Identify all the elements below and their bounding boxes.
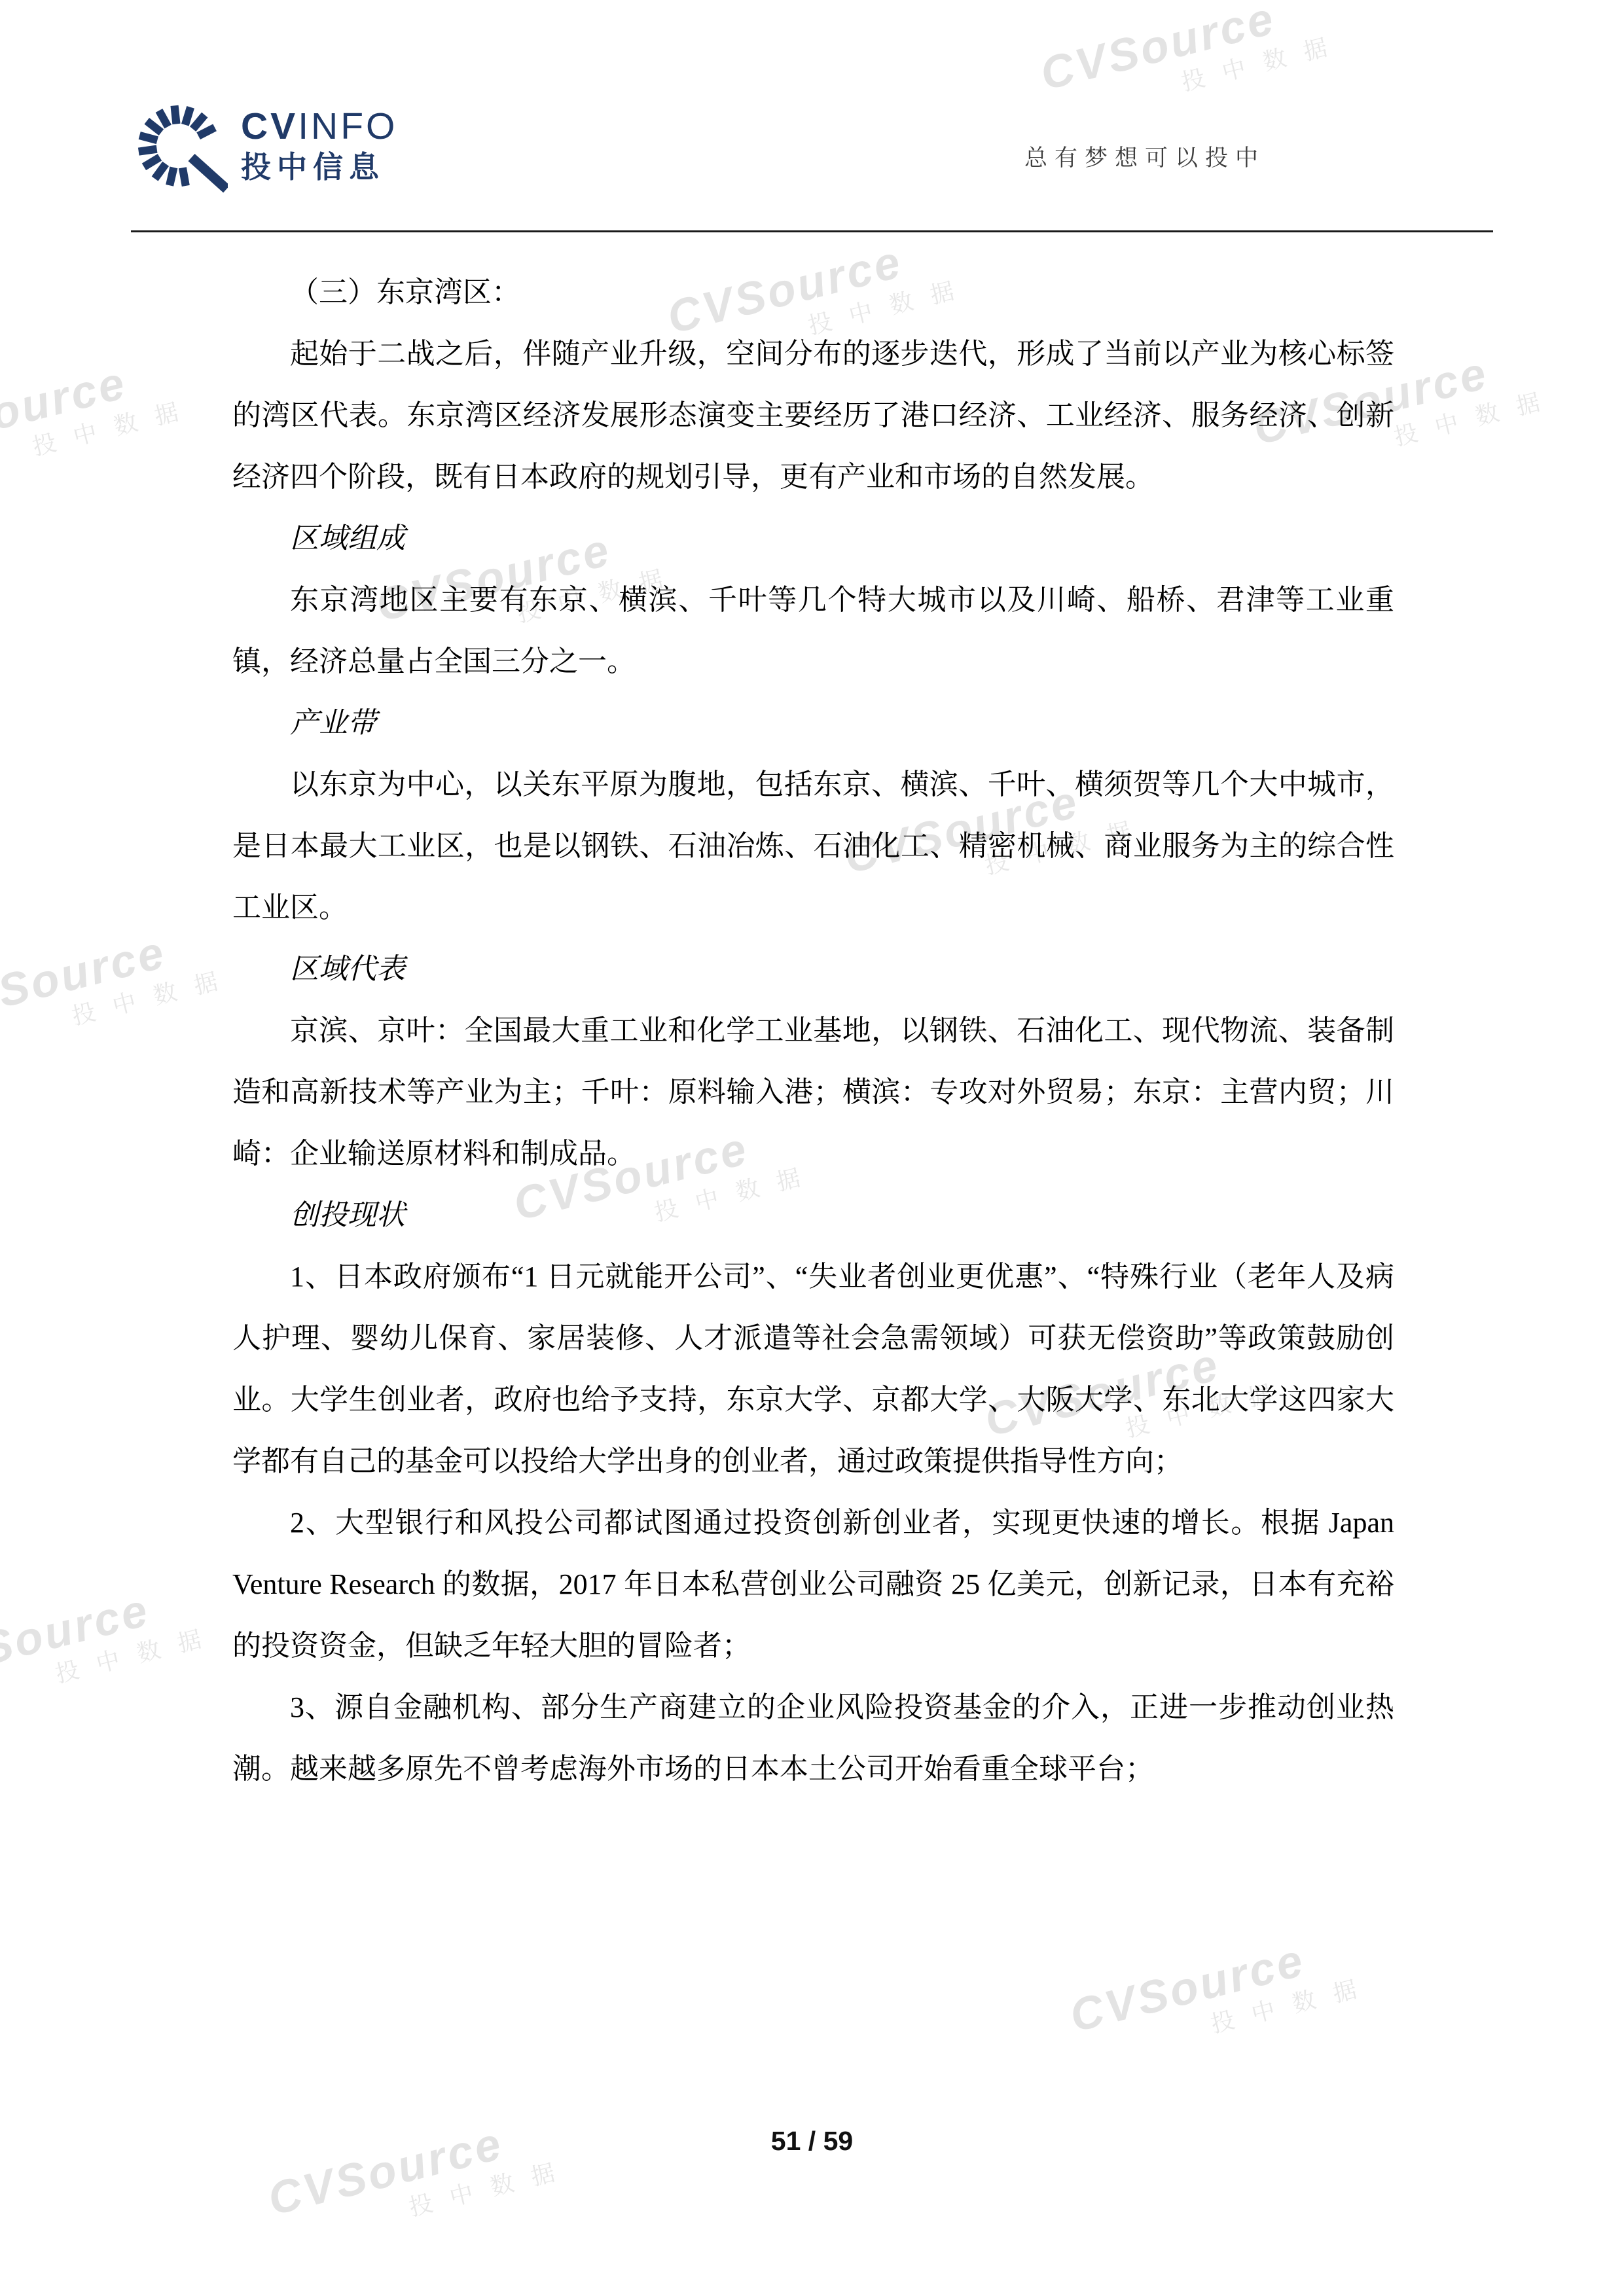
watermark-text-en: CVSource — [0, 341, 192, 465]
watermark: CVSource投中数据 — [1064, 1918, 1377, 2072]
subheading-region-representatives: 区域代表 — [232, 939, 1394, 1000]
watermark: CVSource投中数据 — [262, 2102, 575, 2255]
watermark-text-cn: 投中数据 — [29, 389, 200, 462]
logo-burst-icon — [130, 97, 228, 195]
page-number: 51 / 59 — [771, 2126, 853, 2156]
logo-wordmark: CVINFO 投中信息 — [241, 108, 397, 184]
header-divider — [131, 230, 1493, 232]
subheading-vc-status: 创投现状 — [232, 1185, 1394, 1246]
subheading-region-composition: 区域组成 — [232, 508, 1394, 569]
logo-cv-text: CV — [241, 105, 298, 147]
paragraph-vc-status-3: 3、源自金融机构、部分生产商建立的企业风险投资基金的介入，正进一步推动创业热潮。… — [232, 1677, 1394, 1800]
logo-wordmark-en: CVINFO — [241, 108, 397, 145]
company-logo: CVINFO 投中信息 — [130, 97, 397, 195]
subheading-industry-belt: 产业带 — [232, 692, 1394, 754]
paragraph-region-representatives: 京滨、京叶：全国最大重工业和化学工业基地，以钢铁、石油化工、现代物流、装备制造和… — [232, 1000, 1394, 1185]
logo-wordmark-cn: 投中信息 — [241, 151, 397, 184]
watermark-text-cn: 投中数据 — [52, 1617, 223, 1689]
page-footer: 51 / 59 — [0, 2126, 1624, 2157]
logo-info-text: INFO — [298, 105, 397, 147]
report-page: { "header": { "brand_cv": "CV", "brand_i… — [0, 0, 1624, 2296]
watermark-text-cn: 投中数据 — [68, 959, 239, 1031]
watermark: CVSource投中数据 — [0, 1568, 223, 1722]
paragraph-region-composition: 东京湾地区主要有东京、横滨、千叶等几个特大城市以及川崎、船桥、君津等工业重镇，经… — [232, 569, 1394, 692]
paragraph-industry-belt: 以东京为中心，以关东平原为腹地，包括东京、横滨、千叶、横须贺等几个大中城市，是日… — [232, 754, 1394, 939]
watermark-text-en: CVSource — [262, 2102, 568, 2225]
watermark-text-cn: 投中数据 — [1390, 380, 1561, 452]
watermark-text-cn: 投中数据 — [405, 2150, 576, 2223]
watermark-text-cn: 投中数据 — [1178, 25, 1348, 98]
watermark-text-cn: 投中数据 — [1207, 1967, 1378, 2039]
document-body: （三）东京湾区： 起始于二战之后，伴随产业升级，空间分布的逐步迭代，形成了当前以… — [232, 262, 1394, 1800]
watermark-text-en: CVSource — [1064, 1918, 1370, 2042]
paragraph-overview: 起始于二战之后，伴随产业升级，空间分布的逐步迭代，形成了当前以产业为核心标签的湾… — [232, 323, 1394, 508]
watermark-text-en: CVSource — [1035, 0, 1341, 100]
section-title: （三）东京湾区： — [232, 262, 1394, 323]
watermark: CVSource投中数据 — [1035, 0, 1348, 130]
watermark-text-en: CVSource — [0, 1568, 215, 1692]
watermark: CVSource投中数据 — [0, 910, 239, 1064]
paragraph-vc-status-1: 1、日本政府颁布“1 日元就能开公司”、“失业者创业更优惠”、“特殊行业（老年人… — [232, 1246, 1394, 1492]
header-tagline: 总有梦想可以投中 — [1024, 140, 1265, 173]
paragraph-vc-status-2: 2、大型银行和风投公司都试图通过投资创新创业者，实现更快速的增长。根据 Japa… — [232, 1492, 1394, 1677]
watermark: CVSource投中数据 — [0, 341, 200, 495]
watermark-text-en: CVSource — [0, 910, 231, 1034]
